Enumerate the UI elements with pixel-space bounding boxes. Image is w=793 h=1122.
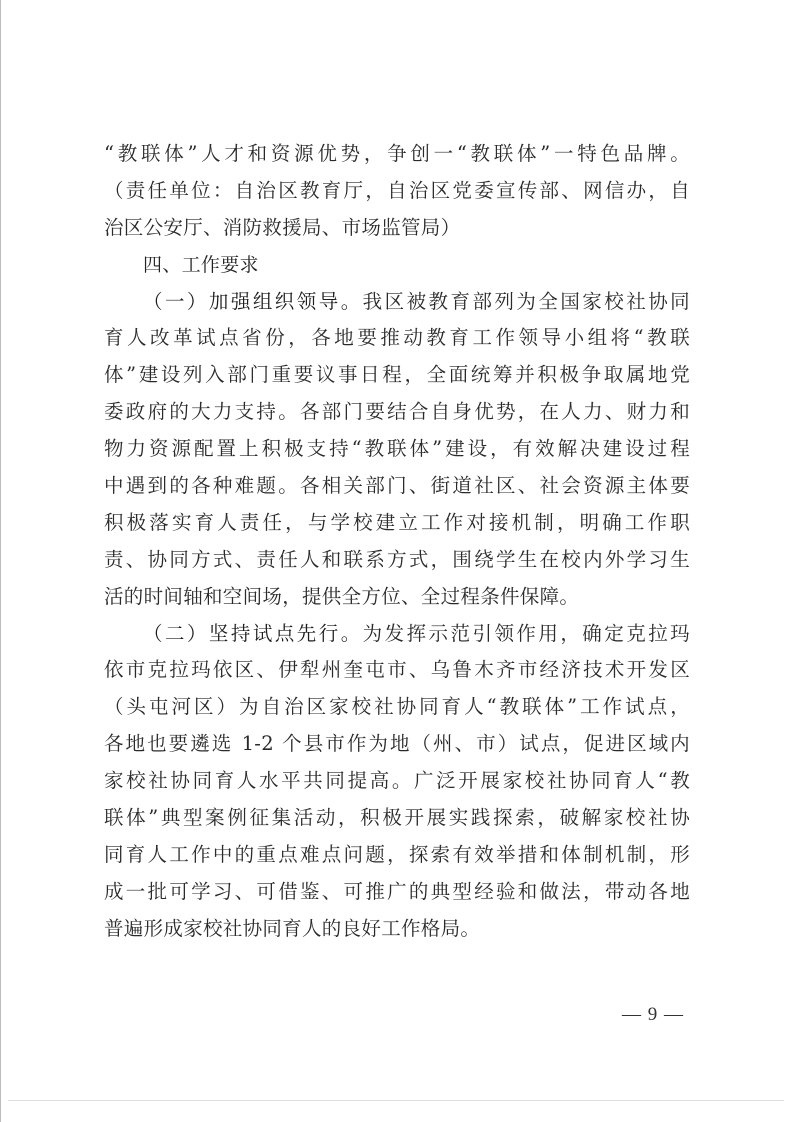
- item2-first-line: （二）坚持试点先行。为发挥示范引领作用，确定克拉玛: [104, 616, 690, 653]
- text-line: 活的时间轴和空间场，提供全方位、全过程条件保障。: [104, 579, 690, 616]
- item2-first-line-text: 为发挥示范引领作用，确定克拉玛: [363, 622, 690, 645]
- text-line: 依市克拉玛依区、伊犁州奎屯市、乌鲁木齐市经济技术开发区: [104, 652, 690, 689]
- document-page: “教联体”人才和资源优势，争创一“教联体”一特色品牌。 （责任单位：自治区教育厅…: [104, 136, 690, 948]
- text-line: 普遍形成家校社协同育人的良好工作格局。: [104, 911, 690, 948]
- text-line: 成一批可学习、可借鉴、可推广的典型经验和做法，带动各地: [104, 874, 690, 911]
- text-line: 各地也要遴选 1-2 个县市作为地（州、市）试点，促进区域内: [104, 726, 690, 763]
- item1-title: （一）加强组织领导。: [143, 290, 363, 313]
- page-bottom-rule: [8, 1100, 784, 1101]
- text-line: （头屯河区）为自治区家校社协同育人“教联体”工作试点，: [104, 689, 690, 726]
- text-line: 责、协同方式、责任人和联系方式，围绕学生在校内外学习生: [104, 542, 690, 579]
- text-line: 体”建设列入部门重要议事日程，全面统筹并积极争取属地党: [104, 357, 690, 394]
- text-line: 育人改革试点省份，各地要推动教育工作领导小组将“教联: [104, 320, 690, 357]
- text-line: 积极落实育人责任，与学校建立工作对接机制，明确工作职: [104, 505, 690, 542]
- text-line: 同育人工作中的重点难点问题，探索有效举措和体制机制，形: [104, 837, 690, 874]
- text-line: 治区公安厅、消防救援局、市场监管局）: [104, 210, 690, 247]
- item2-title: （二）坚持试点先行。: [143, 622, 363, 645]
- text-line: “教联体”人才和资源优势，争创一“教联体”一特色品牌。: [104, 136, 690, 173]
- section-heading: 四、工作要求: [104, 247, 690, 284]
- text-line: 中遇到的各种难题。各相关部门、街道社区、社会资源主体要: [104, 468, 690, 505]
- text-line: 委政府的大力支持。各部门要结合自身优势，在人力、财力和: [104, 394, 690, 431]
- item1-first-line-text: 我区被教育部列为全国家校社协同: [363, 290, 690, 313]
- text-line: 物力资源配置上积极支持“教联体”建设，有效解决建设过程: [104, 431, 690, 468]
- page-number: — 9 —: [622, 1004, 684, 1026]
- text-line: 家校社协同育人水平共同提高。广泛开展家校社协同育人“教: [104, 763, 690, 800]
- item1-first-line: （一）加强组织领导。我区被教育部列为全国家校社协同: [104, 284, 690, 321]
- text-line: （责任单位：自治区教育厅，自治区党委宣传部、网信办，自: [104, 173, 690, 210]
- page-left-edge: [0, 0, 1, 1122]
- text-line: 联体”典型案例征集活动，积极开展实践探索，破解家校社协: [104, 800, 690, 837]
